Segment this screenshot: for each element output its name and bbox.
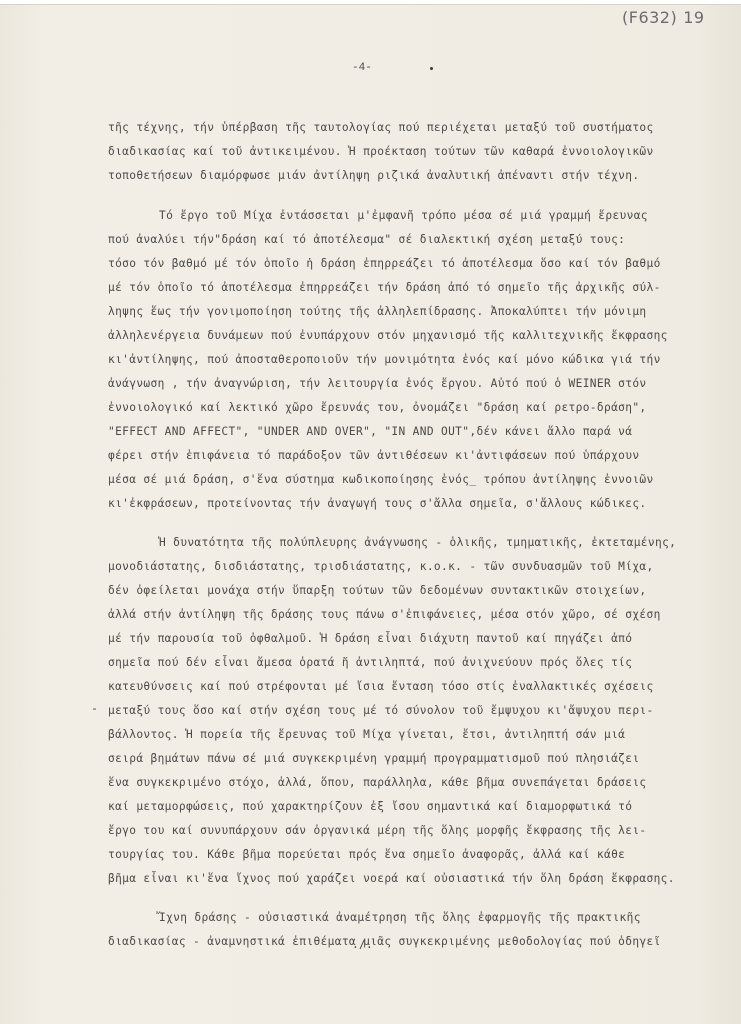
- text-line: φέρει στήν ἐπιφάνεια τό παράδοξον τῶν ἀν…: [108, 449, 639, 462]
- ink-dot: [430, 67, 433, 70]
- text-line: κι'ἐκφράσεων, προτείνοντας τήν ἀναγωγή τ…: [108, 497, 647, 510]
- text-line: μεταξύ τους ὅσο καί στήν σχέση τους μέ τ…: [108, 704, 654, 717]
- text-line: μέ τόν ὁποῖο τό ἀποτέλεσμα ἐπηρρεάζει τή…: [108, 281, 661, 294]
- text-line: Τό ἔργο τοῦ Μίχα ἐντάσσεται μ'ἐμφανῆ τρό…: [159, 209, 648, 222]
- text-line: δέν ὀφείλεται μονάχα στήν ὕπαρξη τούτων …: [108, 584, 647, 597]
- text-line: ἀνάγνωση , τήν ἀναγνώριση, τήν λειτουργί…: [108, 377, 647, 390]
- text-line: "EFFECT AND AFFECT", "UNDER AND OVER", "…: [108, 425, 632, 438]
- continuation-mark: ./.: [352, 937, 373, 951]
- text-line: διαδικασίας - ἀναμνηστικά ἐπιθέματα μιᾶς…: [108, 935, 661, 948]
- text-line: καί μεταμορφώσεις, πού χαρακτηρίζουν ἐξ …: [108, 800, 632, 813]
- typewritten-page: (F632)19 -4- τῆς τέχνης, τήν ὑπέρβαση τῆ…: [0, 0, 741, 1024]
- text-line: σημεῖα πού δέν εἶναι ἄμεσα ὁρατά ἤ ἀντιλ…: [108, 656, 632, 669]
- page-number: -4-: [352, 62, 372, 74]
- margin-mark: -: [91, 701, 98, 715]
- archive-code: (F632): [622, 8, 677, 27]
- text-line: τουργίας του. Κάθε βῆμα πορεύεται πρός ἕ…: [108, 848, 625, 861]
- text-line: ἀλλά στήν ἀντίληψη τῆς δράσης τους πάνω …: [108, 608, 661, 621]
- text-line: τόσο τόν βαθμό μέ τόν ὁποῖο ἡ δράση ἐπηρ…: [108, 257, 661, 270]
- text-line: βάλλοντος. Ἡ πορεία τῆς ἔρευνας τοῦ Μίχα…: [108, 728, 625, 741]
- archive-annotation: (F632)19: [622, 8, 705, 27]
- text-line: Ἴχνη δράσης - οὐσιαστικά ἀναμέτρηση τῆς …: [159, 911, 641, 924]
- text-line: ἀλληλενέργεια δυνάμεων πού ἐνυπάρχουν στ…: [108, 329, 668, 342]
- text-line: τῆς τέχνης, τήν ὑπέρβαση τῆς ταυτολογίας…: [108, 121, 654, 134]
- text-line: διαδικασίας καί τοῦ ἀντικειμένου. Ἡ προέ…: [108, 145, 654, 158]
- text-line: κι'ἀντίληψης, πού ἀποσταθεροποιοῦν τήν μ…: [108, 353, 661, 366]
- archive-page-number: 19: [683, 8, 704, 27]
- text-line: ἔργο του καί συνυπάρχουν σάν ὀργανικά μέ…: [108, 824, 647, 837]
- text-line: μέ τήν παρουσία τοῦ ὀφθαλμοῦ. Ἡ δράση εἶ…: [108, 632, 632, 645]
- text-line: πού ἀναλύει τήν"δράση καί τό ἀποτέλεσμα"…: [108, 233, 625, 246]
- text-line: τοποθετήσεων διαμόρφωσε μιάν ἀντίληψη ρι…: [108, 169, 639, 182]
- text-line: σειρά βημάτων πάνω σέ μιά συγκεκριμένη γ…: [108, 752, 639, 765]
- text-line: κατευθύνσεις καί πού στρέφονται μέ ἴσια …: [108, 680, 654, 693]
- text-line: μέσα σέ μιά δράση, σ'ἕνα σύστημα κωδικοπ…: [108, 473, 654, 486]
- text-line: Ἡ δυνατότητα τῆς πολύπλευρης ἀνάγνωσης -…: [159, 536, 676, 549]
- paper-top-edge: [0, 0, 741, 5]
- text-line: ληψης ἕως τήν γονιμοποίηση τούτης τῆς ἀλ…: [108, 305, 647, 318]
- text-line: βῆμα εἶναι κι'ἕνα ἴχνος πού χαράζει νοερ…: [108, 872, 675, 885]
- text-line: ἐννοιολογικό καί λεκτικό χῶρο ἔρευνάς το…: [108, 401, 647, 414]
- text-line: ἕνα συγκεκριμένο στόχο, ἀλλά, ὅπου, παρά…: [108, 776, 647, 789]
- text-line: μονοδιάστατης, δισδιάστατης, τρισδιάστατ…: [108, 560, 654, 573]
